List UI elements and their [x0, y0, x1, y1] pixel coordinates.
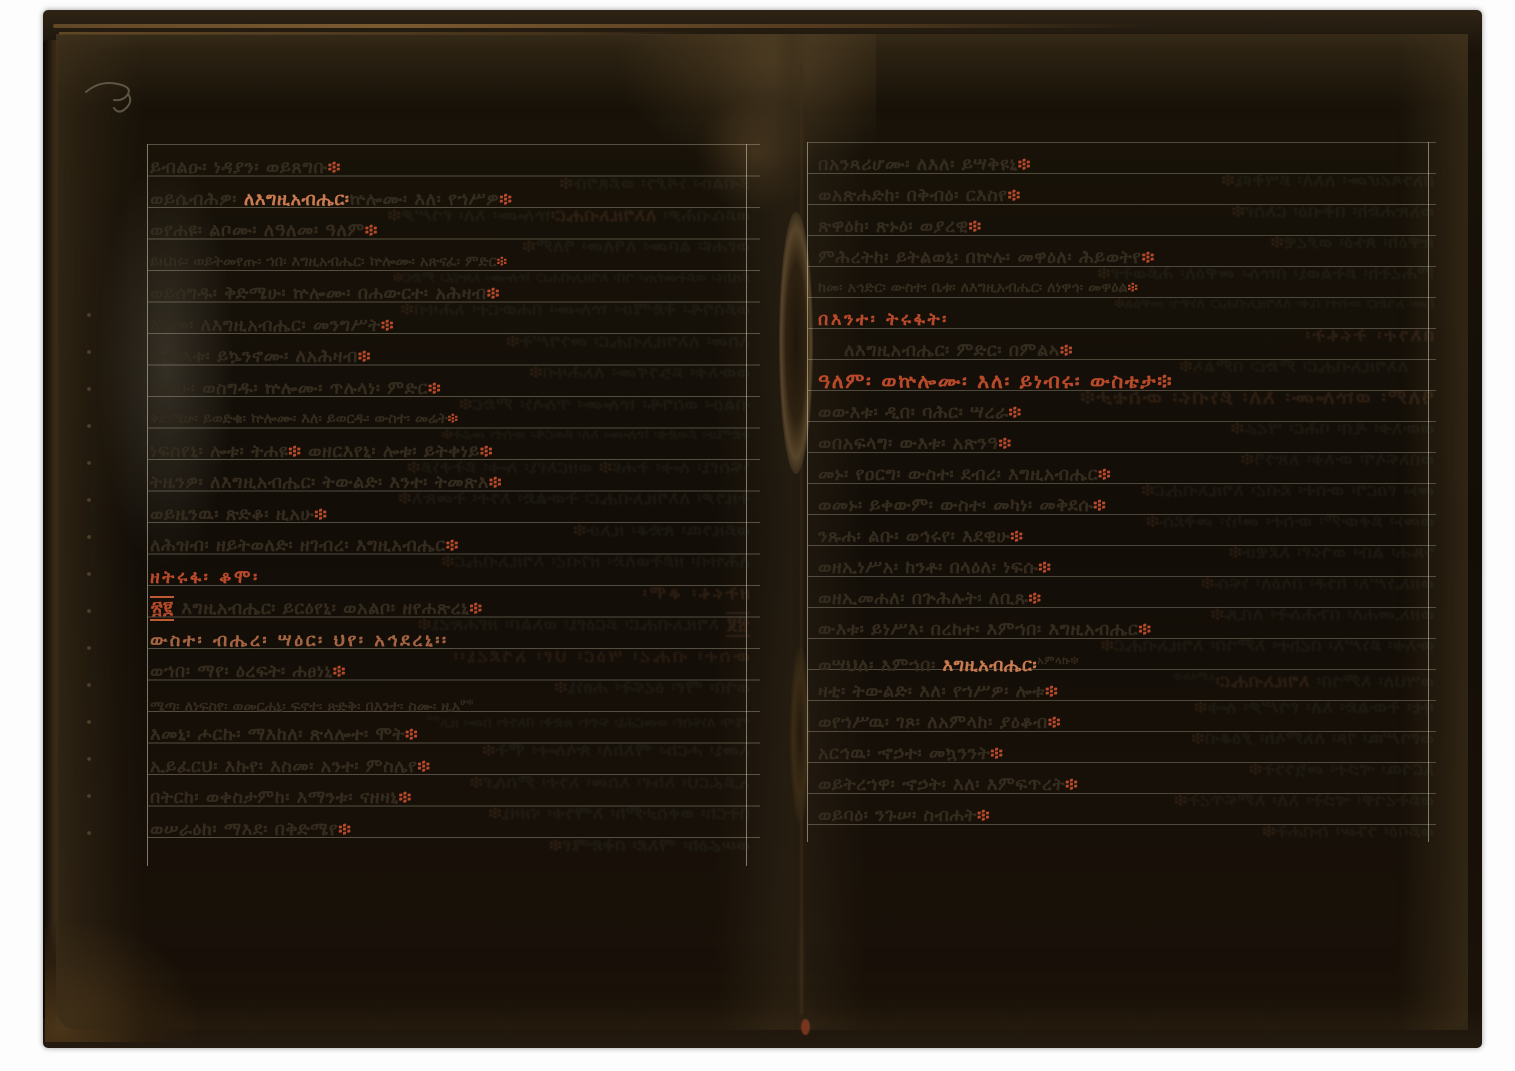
text-segment: ፨ [1038, 557, 1051, 578]
text-segment: ፨ [469, 598, 482, 619]
text-line: ለሕዝብ፡ ዘይትወለድ፡ ዘገብረ፡ እግዚአብሔር፨ [150, 530, 750, 562]
text-segment: ውስተ፡ ብሔረ፡ ሣዕር፡ ህየ፡ አኅደረኒ፡፡ [150, 630, 449, 651]
text-segment: ፨ [358, 346, 371, 367]
text-segment: ጽዋዕከ፡ ጽኑዕ፡ ወያረዊ [818, 216, 968, 237]
text-line: በትርከ፡ ወቀስታምከ፡ እማንቱ፡ ናዘዛኒ፨ [150, 782, 750, 814]
text-segment: ፨ [1093, 495, 1106, 516]
text-segment: ወዘርእየኒ፡ ሎቱ፡ ይትቀነይ [301, 441, 480, 462]
left-page: ይብልዑ፡ ነዳያን፡ ወይጸግቡ፨ወይሴብሕዎ፡ ለእግዚአብሔር፡ኵሎሙ፡ … [56, 34, 762, 1030]
text-segment: ፨ [480, 441, 493, 462]
text-segment: ፨ [1157, 369, 1173, 393]
text-segment: ፨ [1010, 526, 1023, 547]
text-segment: ፨ [1008, 185, 1021, 206]
right-text-column: በአንጻሪሆሙ፡ ለእለ፡ ይሣቅዩኒ፨ወአጽሐድከ፡ በቅብዕ፡ ርእስየ፨ጽ… [818, 149, 1434, 831]
text-segment: ይዜከሩ፡ ወይትመየጡ፡ ኀበ፡ እግዚአብሔር፡ ኵሎሙ፡ አጽናፈ፡ ምድ… [150, 254, 497, 270]
text-segment: ዛቲ፡ ትውልድ፡ እለ፡ የኀሥዎ፡ ሎቱ [818, 681, 1045, 702]
text-segment: ከመ፡ አኅድር፡ ውስተ፡ ቤቱ፡ ለእግዚአብሔር፡ ለነዋኅ፡ መዋዕል [818, 280, 1128, 296]
text-segment: ፨ [1098, 464, 1111, 485]
text-segment: ወአጽሐድከ፡ በቅብዕ፡ ርእስየ [818, 185, 1008, 206]
text-segment: ፨ [489, 472, 502, 493]
text-segment: ሁ፨ [460, 698, 473, 708]
text-segment: ፨ [288, 441, 301, 462]
text-line: ወበአፍላግ፡ ውእቱ፡ አጽንዓ፨ [818, 428, 1434, 459]
text-segment: ውእቱ፡ ይነሥእ፡ በረከተ፡ እምኀበ፡ እግዚአብሔር [818, 619, 1138, 640]
text-segment: ፨ [399, 787, 412, 808]
text-segment: ፨ [405, 724, 418, 745]
text-line: ዛቲ፡ ትውልድ፡ እለ፡ የኀሥዎ፡ ሎቱ፨ [818, 676, 1434, 707]
text-segment: በእንተ፡ ትሩፋት፡ [818, 309, 949, 330]
text-line: ጽዋዕከ፡ ጽኑዕ፡ ወያረዊ፨ [818, 211, 1434, 242]
text-segment: ፨ [333, 661, 346, 682]
text-segment: ፨ [314, 504, 327, 525]
text-segment: ኵሎሙ፡ እለ፡ የኀሥዎ [350, 189, 500, 210]
text-line: በእንተ፡ ትሩፋት፡ [818, 304, 1434, 335]
text-line: ወይትረኀዋ፡ ኆኃት፡ እለ፡ እምፍጥረት፨ [818, 769, 1434, 800]
text-line: ይብልዑ፡ ነዳያን፡ ወይጸግቡ፨ [150, 152, 750, 184]
text-line: ወይሴብሕዎ፡ ለእግዚአብሔር፡ኵሎሙ፡ እለ፡ የኀሥዎ፨ [150, 184, 750, 216]
text-segment: ወሣህለ፡ እምኀበ፡ [818, 655, 942, 676]
text-line: ትዜንዎ፡ ለእግዚአብሔር፡ ትውልድ፡ እንተ፡ ትመጽእ፨ [150, 467, 750, 499]
text-line: ወዘኢመሐለ፡ በጕሕሉት፡ ለቢጹ፨ [818, 583, 1434, 614]
text-line: ነፍስየኒ፡ ሎቱ፡ ትሐዩ፨ ወዘርእየኒ፡ ሎቱ፡ ይትቀነይ፨ [150, 436, 750, 468]
text-segment: ፨ [1138, 619, 1151, 640]
text-segment: አምላኩ፨ [1037, 654, 1079, 667]
text-segment: ፨ [338, 819, 351, 840]
text-segment: ምሕረትከ፡ ይትልወኒ፡ በኵሉ፡ መዋዕለ፡ ሕይወትየ [818, 247, 1142, 268]
text-segment: በትርከ፡ ወቀስታምከ፡ እማንቱ፡ ናዘዛኒ [150, 787, 399, 808]
text-line: ንጹሐ፡ ልቡ፡ ወኅሩየ፡ እደዊሁ፨ [818, 521, 1434, 552]
text-segment: ወየሐዩ፡ ልቦሙ፡ ለዓለመ፡ ዓለም [150, 220, 365, 241]
text-segment: ወውእቱ፡ ይኴንኖሙ፡ ለአሕዛብ [150, 346, 358, 367]
text-segment: ፨ [487, 283, 500, 304]
text-segment: ፨ [1142, 247, 1155, 268]
text-segment: ወይዜንዉ፡ ጽድቆ፡ ዚአሁ [150, 504, 314, 525]
text-segment: ወዘኢመሐለ፡ በጕሕሉት፡ ለቢጹ [818, 588, 1028, 609]
text-segment: ፨ [1060, 340, 1073, 361]
text-line: ለእግዚአብሔር፡ ምድር፡ በምልኣ፨ [818, 335, 1434, 366]
text-line: ፳፪ እግዚአብሔር፡ ይርዕየኒ፡ ወአልቦ፡ ዘየሐጽረኒ፨ [150, 593, 750, 625]
text-segment: ቅድሜሁ፡ ይወድቁ፡ ኵሎሙ፡ እለ፡ ይወርዱ፡ ውስተ፡ መሬት [150, 411, 448, 427]
text-segment: ብልዑ፡ ወስግዱ፡ ኵሎሙ፡ ጥሉላነ፡ ምድር [150, 378, 428, 399]
text-line: ወየሐዩ፡ ልቦሙ፡ ለዓለመ፡ ዓለም፨ [150, 215, 750, 247]
text-line: ወይሰግዱ፡ ቅድሜሁ፡ ኵሎሙ፡ በሐውርተ፡ አሕዛብ፨ [150, 278, 750, 310]
text-line: ወይባዕ፡ ንጉሠ፡ ስብሐት፨ [818, 800, 1434, 831]
text-segment: እመኒ፡ ሖርኩ፡ ማእከለ፡ ጽላሎተ፡ ሞት [150, 724, 405, 745]
text-segment: ወኀበ፡ ማየ፡ ዕረፍት፡ ሐፀነኒ [150, 661, 333, 682]
text-segment: ትዜንዎ፡ ለእግዚአብሔር፡ ትውልድ፡ እንተ፡ ትመጽእ [150, 472, 489, 493]
text-line: ዓለም፡ ወኵሎሙ፡ እለ፡ ይነብሩ፡ ውስቴታ፨ [818, 366, 1434, 397]
text-segment: ዘትሩፋ፡ ቆሞ፡ [150, 567, 260, 588]
text-line: ወሣህለ፡ እምኀበ፡ እግዚአብሔር፡አምላኩ፨ [818, 645, 1434, 676]
text-line: በአንጻሪሆሙ፡ ለእለ፡ ይሣቅዩኒ፨ [818, 149, 1434, 180]
left-text-column: ይብልዑ፡ ነዳያን፡ ወይጸግቡ፨ወይሴብሕዎ፡ ለእግዚአብሔር፡ኵሎሙ፡ … [150, 152, 750, 845]
text-segment: ፨ [998, 433, 1011, 454]
book-edge-top [53, 24, 1153, 28]
manuscript-photo: ይብልዑ፡ ነዳያን፡ ወይጸግቡ፨ወይሴብሕዎ፡ ለእግዚአብሔር፡ኵሎሙ፡ … [0, 0, 1515, 1071]
text-segment: ወየኀሥዉ፡ ገጾ፡ ለአምላከ፡ ያዕቆብ [818, 712, 1048, 733]
text-segment: ወይሴብሕዎ፡ [150, 189, 244, 210]
text-segment: ፨ [1018, 154, 1031, 175]
text-segment: ፨ [1065, 774, 1078, 795]
text-segment: ነፍስየኒ፡ ሎቱ፡ ትሐዩ [150, 441, 288, 462]
open-pages: ይብልዑ፡ ነዳያን፡ ወይጸግቡ፨ወይሴብሕዎ፡ ለእግዚአብሔር፡ኵሎሙ፡ … [56, 34, 1468, 1030]
text-segment: ለሕዝብ፡ ዘይትወለድ፡ ዘገብረ፡ እግዚአብሔር [150, 535, 446, 556]
text-line: ወዘኢነሥአ፡ ከንቶ፡ በላዕለ፡ ነፍሱ፨ [818, 552, 1434, 583]
text-line: ወሠራዕከ፡ ማእደ፡ በቅድሜየ፨ [150, 814, 750, 846]
text-segment: ፨ [1048, 712, 1061, 733]
text-line: ሜጣ፡ ለነፍስየ፡ ወመርሐኒ፡ ፍኖተ፡ ጽድቅ፡ በእንተ፡ ስሙ፡ ዚአ… [150, 688, 750, 720]
book: ይብልዑ፡ ነዳያን፡ ወይጸግቡ፨ወይሴብሕዎ፡ ለእግዚአብሔር፡ኵሎሙ፡ … [43, 10, 1482, 1048]
text-segment: ፨ [417, 756, 430, 777]
text-line: ብልዑ፡ ወስግዱ፡ ኵሎሙ፡ ጥሉላነ፡ ምድር፨ [150, 373, 750, 405]
text-line: ዘትሩፋ፡ ቆሞ፡ [150, 562, 750, 594]
text-line: ቅድሜሁ፡ ይወድቁ፡ ኵሎሙ፡ እለ፡ ይወርዱ፡ ውስተ፡ መሬት፨ [150, 404, 750, 436]
text-segment: ፨ [381, 315, 394, 336]
text-line: እመኒ፡ ሖርኩ፡ ማእከለ፡ ጽላሎተ፡ ሞት፨ [150, 719, 750, 751]
text-segment: ፨ [499, 189, 512, 210]
text-segment: ፨ [1128, 280, 1138, 296]
text-segment: እግዚአብሔር፡ ይርዕየኒ፡ ወአልቦ፡ ዘየሐጽረኒ [174, 598, 469, 619]
text-segment: ወይሰግዱ፡ ቅድሜሁ፡ ኵሎሙ፡ በሐውርተ፡ አሕዛብ [150, 283, 487, 304]
text-segment: ፳፪ [150, 596, 174, 621]
text-segment: ወይባዕ፡ ንጉሠ፡ ስብሐት [818, 805, 977, 826]
text-line: እስመ፡ ለእግዚአብሔር፡ መንግሥት፨ [150, 310, 750, 342]
text-segment: ሜጣ፡ ለነፍስየ፡ ወመርሐኒ፡ ፍኖተ፡ ጽድቅ፡ በእንተ፡ ስሙ፡ ዚአ [150, 698, 460, 714]
text-segment: ወበአፍላግ፡ ውእቱ፡ አጽንዓ [818, 433, 998, 454]
right-page: በአንጻሪሆሙ፡ ለእለ፡ ይሣቅዩኒ፨ወአጽሐድከ፡ በቅብዕ፡ ርእስየ፨ጽ… [762, 34, 1468, 1030]
text-segment: ፨ [977, 805, 990, 826]
text-segment: ፨ [1045, 681, 1058, 702]
text-line: መኑ፡ የዐርግ፡ ውስተ፡ ደብረ፡ እግዚአብሔር፨ [818, 459, 1434, 490]
text-segment: ፨ [1028, 588, 1041, 609]
text-segment: ፨ [428, 378, 441, 399]
text-line: ወአጽሐድከ፡ በቅብዕ፡ ርእስየ፨ [818, 180, 1434, 211]
text-line: ውስተ፡ ብሔረ፡ ሣዕር፡ ህየ፡ አኅደረኒ፡፡ [150, 625, 750, 657]
text-segment: እስመ፡ ለእግዚአብሔር፡ መንግሥት [150, 315, 381, 336]
text-segment: እግዚአብሔር፡ [942, 655, 1037, 676]
text-line: ምሕረትከ፡ ይትልወኒ፡ በኵሉ፡ መዋዕለ፡ ሕይወትየ፨ [818, 242, 1434, 273]
text-segment: ወመኑ፡ ይቀውም፡ ውስተ፡ መካነ፡ መቅደሱ [818, 495, 1093, 516]
text-segment: ወውእቱ፡ ዲበ፡ ባሕር፡ ሣረራ [818, 402, 1008, 423]
text-line: ወውእቱ፡ ይኴንኖሙ፡ ለአሕዛብ፨ [150, 341, 750, 373]
text-line: ወኀበ፡ ማየ፡ ዕረፍት፡ ሐፀነኒ፨ [150, 656, 750, 688]
text-line: አርኅዉ፡ ኆኃተ፡ መኳንንት፨ [818, 738, 1434, 769]
text-segment: መኑ፡ የዐርግ፡ ውስተ፡ ደብረ፡ እግዚአብሔር [818, 464, 1098, 485]
text-line: ከመ፡ አኅድር፡ ውስተ፡ ቤቱ፡ ለእግዚአብሔር፡ ለነዋኅ፡ መዋዕል፨ [818, 273, 1434, 304]
text-line: ውእቱ፡ ይነሥእ፡ በረከተ፡ እምኀበ፡ እግዚአብሔር፨ [818, 614, 1434, 645]
text-segment: ኢይፈርህ፡ እኩየ፡ እስመ፡ አንተ፡ ምስሌየ [150, 756, 417, 777]
text-line: ወየኀሥዉ፡ ገጾ፡ ለአምላከ፡ ያዕቆብ፨ [818, 707, 1434, 738]
text-line: ወይዜንዉ፡ ጽድቆ፡ ዚአሁ፨ [150, 499, 750, 531]
text-segment: ወይትረኀዋ፡ ኆኃት፡ እለ፡ እምፍጥረት [818, 774, 1065, 795]
text-segment: ዓለም፡ ወኵሎሙ፡ እለ፡ ይነብሩ፡ ውስቴታ [818, 369, 1157, 393]
text-segment: ፨ [990, 743, 1003, 764]
text-segment: በአንጻሪሆሙ፡ ለእለ፡ ይሣቅዩኒ [818, 154, 1018, 175]
text-segment: ወዘኢነሥአ፡ ከንቶ፡ በላዕለ፡ ነፍሱ [818, 557, 1038, 578]
text-segment: ፨ [968, 216, 981, 237]
text-segment: ለእግዚአብሔር፡ ምድር፡ በምልኣ [844, 340, 1060, 361]
text-segment: ይብልዑ፡ ነዳያን፡ ወይጸግቡ [150, 157, 328, 178]
text-segment: ወሠራዕከ፡ ማእደ፡ በቅድሜየ [150, 819, 338, 840]
text-segment: ፨ [446, 535, 459, 556]
text-line: ኢይፈርህ፡ እኩየ፡ እስመ፡ አንተ፡ ምስሌየ፨ [150, 751, 750, 783]
text-line: ወውእቱ፡ ዲበ፡ ባሕር፡ ሣረራ፨ [818, 397, 1434, 428]
text-segment: ፨ [328, 157, 341, 178]
text-segment: ለእግዚአብሔር፡ [244, 189, 350, 210]
text-segment: ፨ [497, 254, 507, 270]
text-segment: ንጹሐ፡ ልቡ፡ ወኅሩየ፡ እደዊሁ [818, 526, 1010, 547]
text-segment: ፨ [1008, 402, 1021, 423]
text-segment: ፨ [365, 220, 378, 241]
text-segment: ፨ [448, 411, 458, 427]
text-segment: አርኅዉ፡ ኆኃተ፡ መኳንንት [818, 743, 990, 764]
text-line: ወመኑ፡ ይቀውም፡ ውስተ፡ መካነ፡ መቅደሱ፨ [818, 490, 1434, 521]
text-line: ይዜከሩ፡ ወይትመየጡ፡ ኀበ፡ እግዚአብሔር፡ ኵሎሙ፡ አጽናፈ፡ ምድ… [150, 247, 750, 279]
